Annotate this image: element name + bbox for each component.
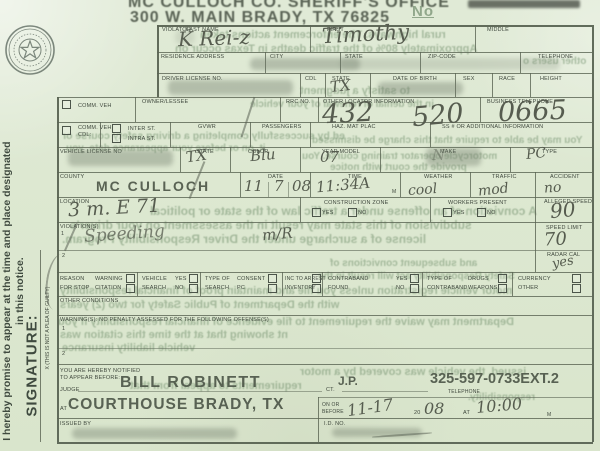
entry-date-month: 11 <box>244 177 263 195</box>
label-ct: CT. <box>326 387 335 393</box>
label-comm-veh: COMM. VEH <box>78 103 112 109</box>
checkbox-other[interactable] <box>572 284 581 293</box>
entry-year-model: 07 <box>320 148 339 166</box>
label-type-of-search-2: SEARCH <box>205 285 229 291</box>
label-county: COUNTY <box>60 174 84 180</box>
label-before: BEFORE <box>322 409 344 415</box>
label-intra-st: INTRA ST. <box>128 136 155 142</box>
label-middle: MIDDLE <box>487 27 509 33</box>
stamp-judge-name: BILL ROBINETT <box>120 374 261 392</box>
checkbox-inventory[interactable] <box>312 284 321 293</box>
bleed-through-text: and subsequent convictions of <box>330 258 477 269</box>
label-comm-veh-cdl2: CDL: <box>78 132 91 138</box>
label-warning: WARNING <box>95 276 123 282</box>
checkbox-drugs[interactable] <box>498 274 507 283</box>
label-comm-veh-cdl: COMM. VEH. <box>78 125 113 131</box>
checkbox-workers-yes[interactable] <box>443 208 452 217</box>
label-race: RACE <box>499 76 515 82</box>
entry-business-telephone: 0665 <box>497 95 567 128</box>
checkbox-currency[interactable] <box>572 274 581 283</box>
label-telephone-2: TELEPHONE <box>448 389 480 395</box>
signature-label: SIGNATURE: <box>24 286 41 446</box>
label-notified-2: TO APPEAR BEFORE: <box>60 375 120 381</box>
checkbox-construction-yes[interactable] <box>312 208 321 217</box>
label-type-of-search-1: TYPE OF <box>205 276 230 282</box>
checkbox-workers-no[interactable] <box>477 208 486 217</box>
entry-traffic: mod <box>477 180 509 199</box>
label-search-yes: YES <box>175 276 187 282</box>
checkbox-search-yes[interactable] <box>189 274 198 283</box>
label-search-no: NO <box>175 285 184 291</box>
entry-date-year: 08 <box>292 177 311 195</box>
label-pc: PC <box>237 285 245 291</box>
label-currency: CURRENCY <box>518 276 551 282</box>
label-at: AT <box>60 406 67 412</box>
label-contraband-no: NO <box>396 285 405 291</box>
checkbox-warning[interactable] <box>126 274 135 283</box>
entry-speed-limit: 70 <box>543 228 567 250</box>
entry-radar-cal: yes <box>551 253 575 272</box>
label-construction-yes: YES <box>322 210 334 216</box>
checkbox-inc-to-arrest[interactable] <box>312 274 321 283</box>
checkbox-intra-st[interactable] <box>112 134 121 143</box>
label-other-conditions: OTHER CONDITIONS <box>60 298 119 304</box>
label-type-of-contraband-1: TYPE OF <box>427 276 452 282</box>
checkbox-search-no[interactable] <box>189 284 198 293</box>
label-other: OTHER <box>518 285 538 291</box>
label-drugs: DRUGS <box>468 276 489 282</box>
entry-locator-1: 432 <box>321 97 374 131</box>
label-workers-yes: YES <box>453 210 465 216</box>
checkbox-construction-no[interactable] <box>348 208 357 217</box>
label-vehicle: VEHICLE <box>142 276 167 282</box>
entry-before-year: 08 <box>424 399 444 418</box>
citation-number-cropped <box>468 0 580 8</box>
label-height: HEIGHT <box>540 76 562 82</box>
entry-locator-2: 520 <box>411 98 465 133</box>
checkbox-comm-veh[interactable] <box>62 100 71 109</box>
checkbox-contraband-yes[interactable] <box>410 274 419 283</box>
label-judge: JUDGE <box>60 387 80 393</box>
entry-weather: cool <box>407 181 437 199</box>
entry-alleged-speed: 90 <box>549 197 576 223</box>
checkbox-pc[interactable] <box>268 284 277 293</box>
label-residence-address: RESIDENCE ADDRESS <box>161 54 224 60</box>
stamp-court-type: J.P. <box>338 374 358 388</box>
label-gvwr: GVWR <box>198 124 216 130</box>
citation-form: rural highways. The enforcement actions … <box>0 0 600 451</box>
label-sex: SEX <box>463 76 475 82</box>
entry-first-name: Timothy <box>321 20 409 49</box>
entry-violation-1b: m/R <box>261 224 293 245</box>
label-rrc-no: RRC NO. <box>286 99 311 105</box>
label-citation: CITATION <box>95 285 121 291</box>
entry-before-time: 10:00 <box>475 394 523 417</box>
checkbox-consent[interactable] <box>268 274 277 283</box>
label-passengers: PASSENGERS <box>262 124 302 130</box>
entry-before-date: 11-17 <box>346 395 394 420</box>
stamp-phone: 325-597-0733EXT.2 <box>430 371 559 387</box>
label-warning-1: 1 <box>62 326 65 332</box>
entry-veh-color: Blu <box>249 145 276 165</box>
label-owner-lessee: OWNER/LESSEE <box>142 99 188 105</box>
label-found: FOUND <box>328 285 349 291</box>
label-time-m: M <box>392 189 396 195</box>
label-search: SEARCH <box>142 285 166 291</box>
label-inter-st: INTER ST. <box>128 126 156 132</box>
label-violation-1: 1 <box>61 231 64 237</box>
entry-accident: no <box>543 179 562 196</box>
checkbox-inter-st[interactable] <box>112 124 121 133</box>
label-issued-by: ISSUED BY <box>60 421 91 427</box>
entry-date-day: 7 <box>274 177 284 195</box>
label-contraband-yes: YES <box>396 276 408 282</box>
checkbox-comm-veh-cdl[interactable] <box>62 126 71 135</box>
texas-state-seal-icon <box>4 24 56 76</box>
label-consent: CONSENT <box>237 276 265 282</box>
checkbox-citation[interactable] <box>126 284 135 293</box>
label-workers-no: NO <box>487 210 496 216</box>
checkbox-contraband-no[interactable] <box>410 284 419 293</box>
citation-number-symbol: No <box>412 3 434 20</box>
checkbox-weapons[interactable] <box>498 284 507 293</box>
label-warning-2: 2 <box>62 351 65 357</box>
label-year-20: 20 <box>414 410 421 416</box>
entry-veh-state: TX <box>185 146 208 167</box>
label-time-m-2: M <box>547 412 551 418</box>
bleed-through-text: ed by successfully completing a driving … <box>62 130 345 142</box>
entry-type: PC <box>525 145 547 163</box>
label-at-time: AT <box>463 410 470 416</box>
label-workers-present: WORKERS PRESENT <box>448 200 507 206</box>
label-id-no: I.D. NO. <box>324 421 345 427</box>
label-type-of-contraband-2: CONTRABAND <box>427 285 468 291</box>
label-traffic: TRAFFIC <box>492 174 517 180</box>
stamp-court-location: COURTHOUSE BRADY, TX <box>68 396 284 414</box>
bleed-through-text: nt showing that at the time this citatio… <box>60 329 288 341</box>
label-cdl: CDL <box>305 76 317 82</box>
entry-dl-state: TX <box>329 76 351 96</box>
label-weather: WEATHER <box>424 174 453 180</box>
label-construction-zone: CONSTRUCTION ZONE <box>324 200 389 206</box>
label-weapons: WEAPONS <box>468 285 498 291</box>
label-construction-no: NO <box>358 210 367 216</box>
label-on-or: ON OR <box>322 402 339 408</box>
label-warnings-line: WARNING(S): NO PENALTY ASSESSED FOR THE … <box>60 317 269 323</box>
label-contraband: CONTRABAND <box>328 276 369 282</box>
entry-time: 11:34A <box>315 174 370 197</box>
